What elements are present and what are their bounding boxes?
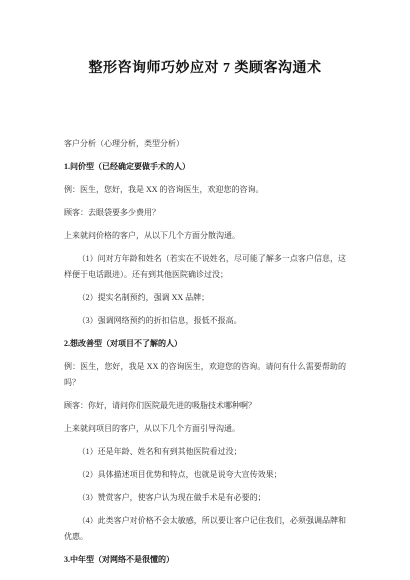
paragraph-customer-question-2: 顾客：你好，请问你们医院最先进的吸脂技术哪种啊？ <box>64 398 346 414</box>
paragraph-customer-analysis: 客户分析（心理分析，类型分析） <box>64 136 346 152</box>
list-item-1-2: （2）提实名制预约，强调 XX 品牌； <box>64 290 346 306</box>
paragraph-guidance-2: 上来就问项目的客户，从以下几个方面引导沟通。 <box>64 421 346 437</box>
list-item-1-1: （1）问对方年龄和姓名（若实在不说姓名，尽可能了解多一点客户信息，这样便于电话跟… <box>64 251 346 283</box>
list-item-1-3: （3）强调网络预约的折扣信息，报低不报高。 <box>64 313 346 329</box>
list-item-2-4: （4）此类客户对价格不会太敏感，所以要让客户记住我们，必须强调品牌和优惠。 <box>64 513 346 545</box>
paragraph-customer-question-1: 顾客：去眼袋要多少费用？ <box>64 205 346 221</box>
paragraph-example-1: 例：医生，您好，我是 XX 的咨询医生，欢迎您的咨询。 <box>64 182 346 198</box>
paragraph-example-2: 例：医生，您好，我是 XX 的咨询医生，欢迎您的咨询。请问有什么需要帮助的吗？ <box>64 359 346 391</box>
section-heading-1: 1.问价型（已经确定要做手术的人） <box>64 159 346 175</box>
list-item-2-3: （3）赞赏客户，使客户认为现在做手术是有必要的； <box>64 490 346 506</box>
document-page: 整形咨询师巧妙应对 7 类顾客沟通术 客户分析（心理分析，类型分析） 1.问价型… <box>0 0 410 580</box>
document-title: 整形咨询师巧妙应对 7 类顾客沟通术 <box>64 60 346 78</box>
section-heading-2: 2.想改善型（对项目不了解的人） <box>64 336 346 352</box>
section-heading-3: 3.中年型（对网络不是很懂的） <box>64 552 346 568</box>
paragraph-guidance-1: 上来就问价格的客户，从以下几个方面分散沟通。 <box>64 228 346 244</box>
list-item-2-1: （1）还是年龄、姓名和有到其他医院看过没； <box>64 444 346 460</box>
list-item-2-2: （2）具体描述项目优势和特点，也就是说夸大宣传效果； <box>64 467 346 483</box>
